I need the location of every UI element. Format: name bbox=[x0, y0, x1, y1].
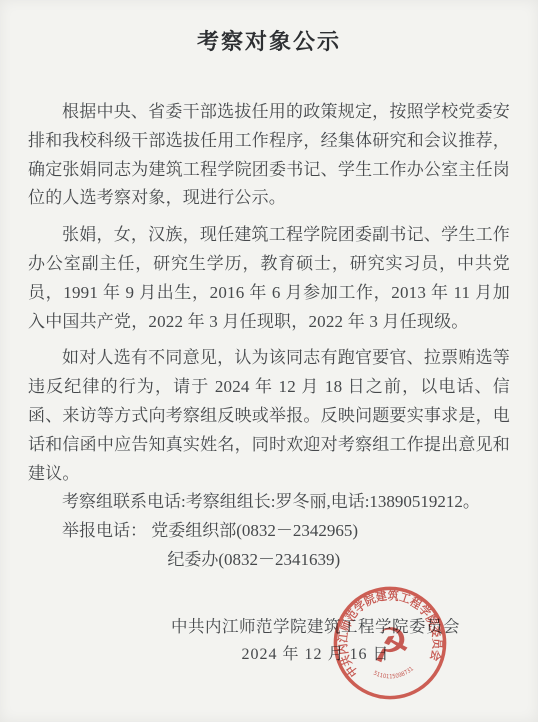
contact-line-inspection-group: 考察组联系电话:考察组组长:罗冬丽,电话:13890519212。 bbox=[28, 488, 510, 517]
contact-line-report-phone: 举报电话： 党委组织部(0832－2342965) bbox=[28, 517, 510, 546]
signature-inner: 中共内江师范学院建筑工程学院委员会 2024 年 12 月 16 日 bbox=[171, 613, 460, 669]
paragraph-candidate-profile: 张娟，女，汉族，现任建筑工程学院团委副书记、学生工作办公室副主任，研究生学历，教… bbox=[28, 221, 510, 336]
signature-block: 中共内江师范学院建筑工程学院委员会 2024 年 12 月 16 日 bbox=[28, 613, 510, 669]
issuing-organization: 中共内江师范学院建筑工程学院委员会 bbox=[171, 613, 460, 641]
document-page: 考察对象公示 根据中央、省委干部选拔任用的政策规定，按照学校党委安排和我校科级干… bbox=[0, 0, 538, 722]
contact-line-discipline-office: 纪委办(0832－2341639) bbox=[28, 546, 510, 575]
paragraph-objection-instructions: 如对人选有不同意见，认为该同志有跑官要官、拉票贿选等违反纪律的行为，请于 202… bbox=[28, 344, 510, 488]
document-content: 考察对象公示 根据中央、省委干部选拔任用的政策规定，按照学校党委安排和我校科级干… bbox=[0, 25, 538, 669]
document-title: 考察对象公示 bbox=[28, 25, 510, 56]
document-body: 根据中央、省委干部选拔任用的政策规定，按照学校党委安排和我校科级干部选拔任用工作… bbox=[28, 98, 510, 575]
paragraph-policy-basis: 根据中央、省委干部选拔任用的政策规定，按照学校党委安排和我校科级干部选拔任用工作… bbox=[28, 98, 510, 213]
issue-date: 2024 年 12 月 16 日 bbox=[171, 641, 460, 669]
